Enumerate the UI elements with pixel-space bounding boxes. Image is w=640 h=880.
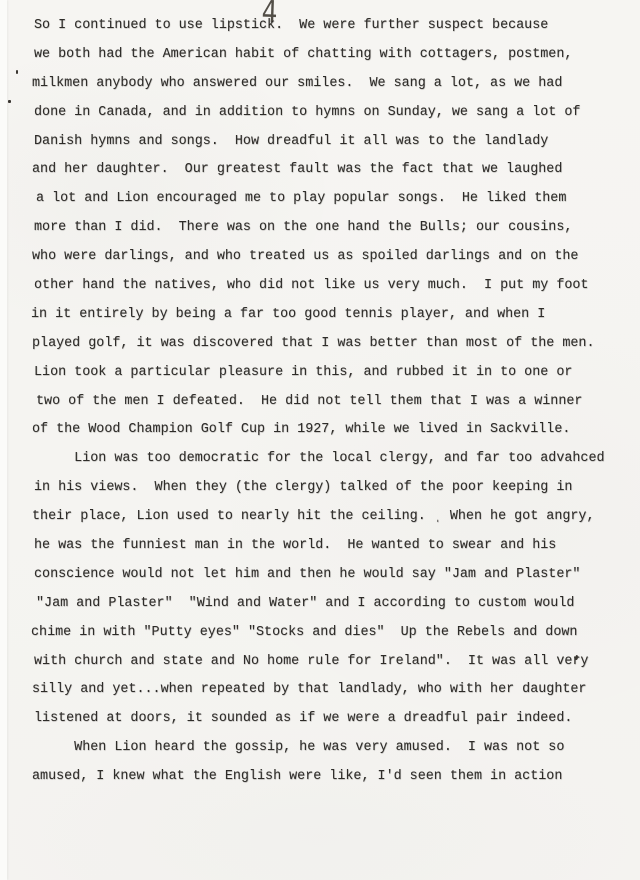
typewritten-line: more than I did. There was on the one ha… <box>34 214 605 243</box>
scan-edge-strip <box>0 0 7 880</box>
ink-speck <box>8 100 11 103</box>
typewritten-line: amused, I knew what the English were lik… <box>32 763 603 792</box>
typewritten-text-block: So I continued to use lipstick. We were … <box>34 12 605 792</box>
typewritten-line: chime in with "Putty eyes" "Stocks and d… <box>31 619 602 648</box>
typewritten-line: in his views. When they (the clergy) tal… <box>34 474 605 503</box>
typewritten-line: of the Wood Champion Golf Cup in 1927, w… <box>32 416 603 445</box>
typewritten-line: silly and yet...when repeated by that la… <box>32 676 603 705</box>
typewritten-line: "Jam and Plaster" "Wind and Water" and I… <box>36 590 607 619</box>
typewritten-line: listened at doors, it sounded as if we w… <box>34 705 605 734</box>
typewritten-line: When Lion heard the gossip, he was very … <box>34 734 605 763</box>
typewritten-line: two of the men I defeated. He did not te… <box>36 388 607 417</box>
typewritten-line: played golf, it was discovered that I wa… <box>32 330 603 359</box>
typewritten-line: in it entirely by being a far too good t… <box>31 301 602 330</box>
typewritten-line: who were darlings, and who treated us as… <box>32 243 603 272</box>
typewritten-line: other hand the natives, who did not like… <box>34 272 605 301</box>
typewritten-line: and her daughter. Our greatest fault was… <box>32 156 603 185</box>
typewritten-line: we both had the American habit of chatti… <box>34 41 605 70</box>
typewritten-line: milkmen anybody who answered our smiles.… <box>32 70 603 99</box>
typewritten-line: So I continued to use lipstick. We were … <box>34 12 605 41</box>
typewritten-line: with church and state and No home rule f… <box>34 648 605 677</box>
typewritten-line: Lion was too democratic for the local cl… <box>34 445 605 474</box>
typewritten-line: Danish hymns and songs. How dreadful it … <box>34 128 605 157</box>
typewritten-line: he was the funniest man in the world. He… <box>34 532 605 561</box>
typewritten-line: done in Canada, and in addition to hymns… <box>34 99 605 128</box>
typewritten-line: Lion took a particular pleasure in this,… <box>34 359 605 388</box>
typewritten-line: their place, Lion used to nearly hit the… <box>32 503 603 532</box>
typewritten-line: a lot and Lion encouraged me to play pop… <box>36 185 607 214</box>
typewritten-line: conscience would not let him and then he… <box>34 561 605 590</box>
ink-speck <box>16 70 18 74</box>
scanned-typewritten-page: 4 So I continued to use lipstick. We wer… <box>0 0 640 880</box>
